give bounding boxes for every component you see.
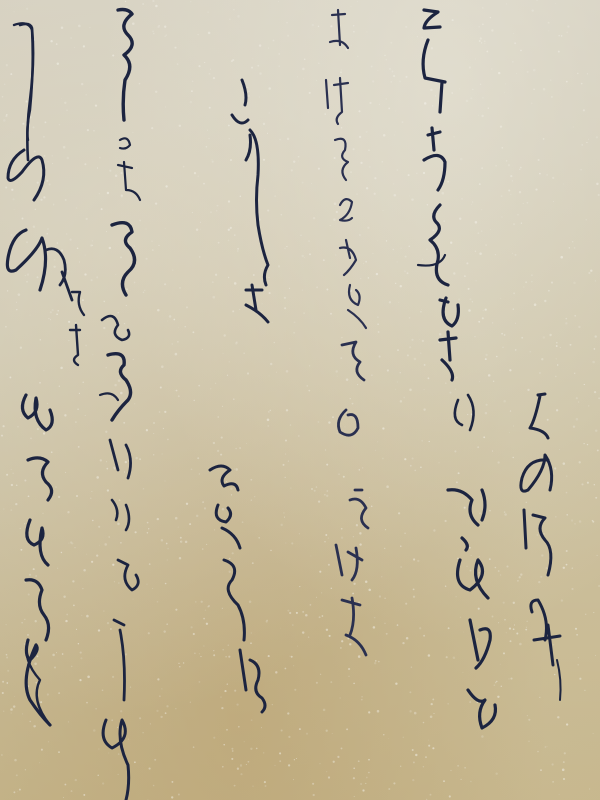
calligraphy-paper: さのはゆき そてあらくむすひし みつのこほれる きはるのたつきょうのかせやとくら… [0,0,600,800]
kana-column-4 [210,80,268,712]
kana-column-6 [7,24,84,725]
kana-column-3 [326,10,368,655]
kana-column-5 [100,10,140,800]
kana-column-7 [8,23,50,725]
ink-strokes [0,0,600,800]
kana-column-2 [418,10,495,728]
kana-column-1 [521,394,561,700]
